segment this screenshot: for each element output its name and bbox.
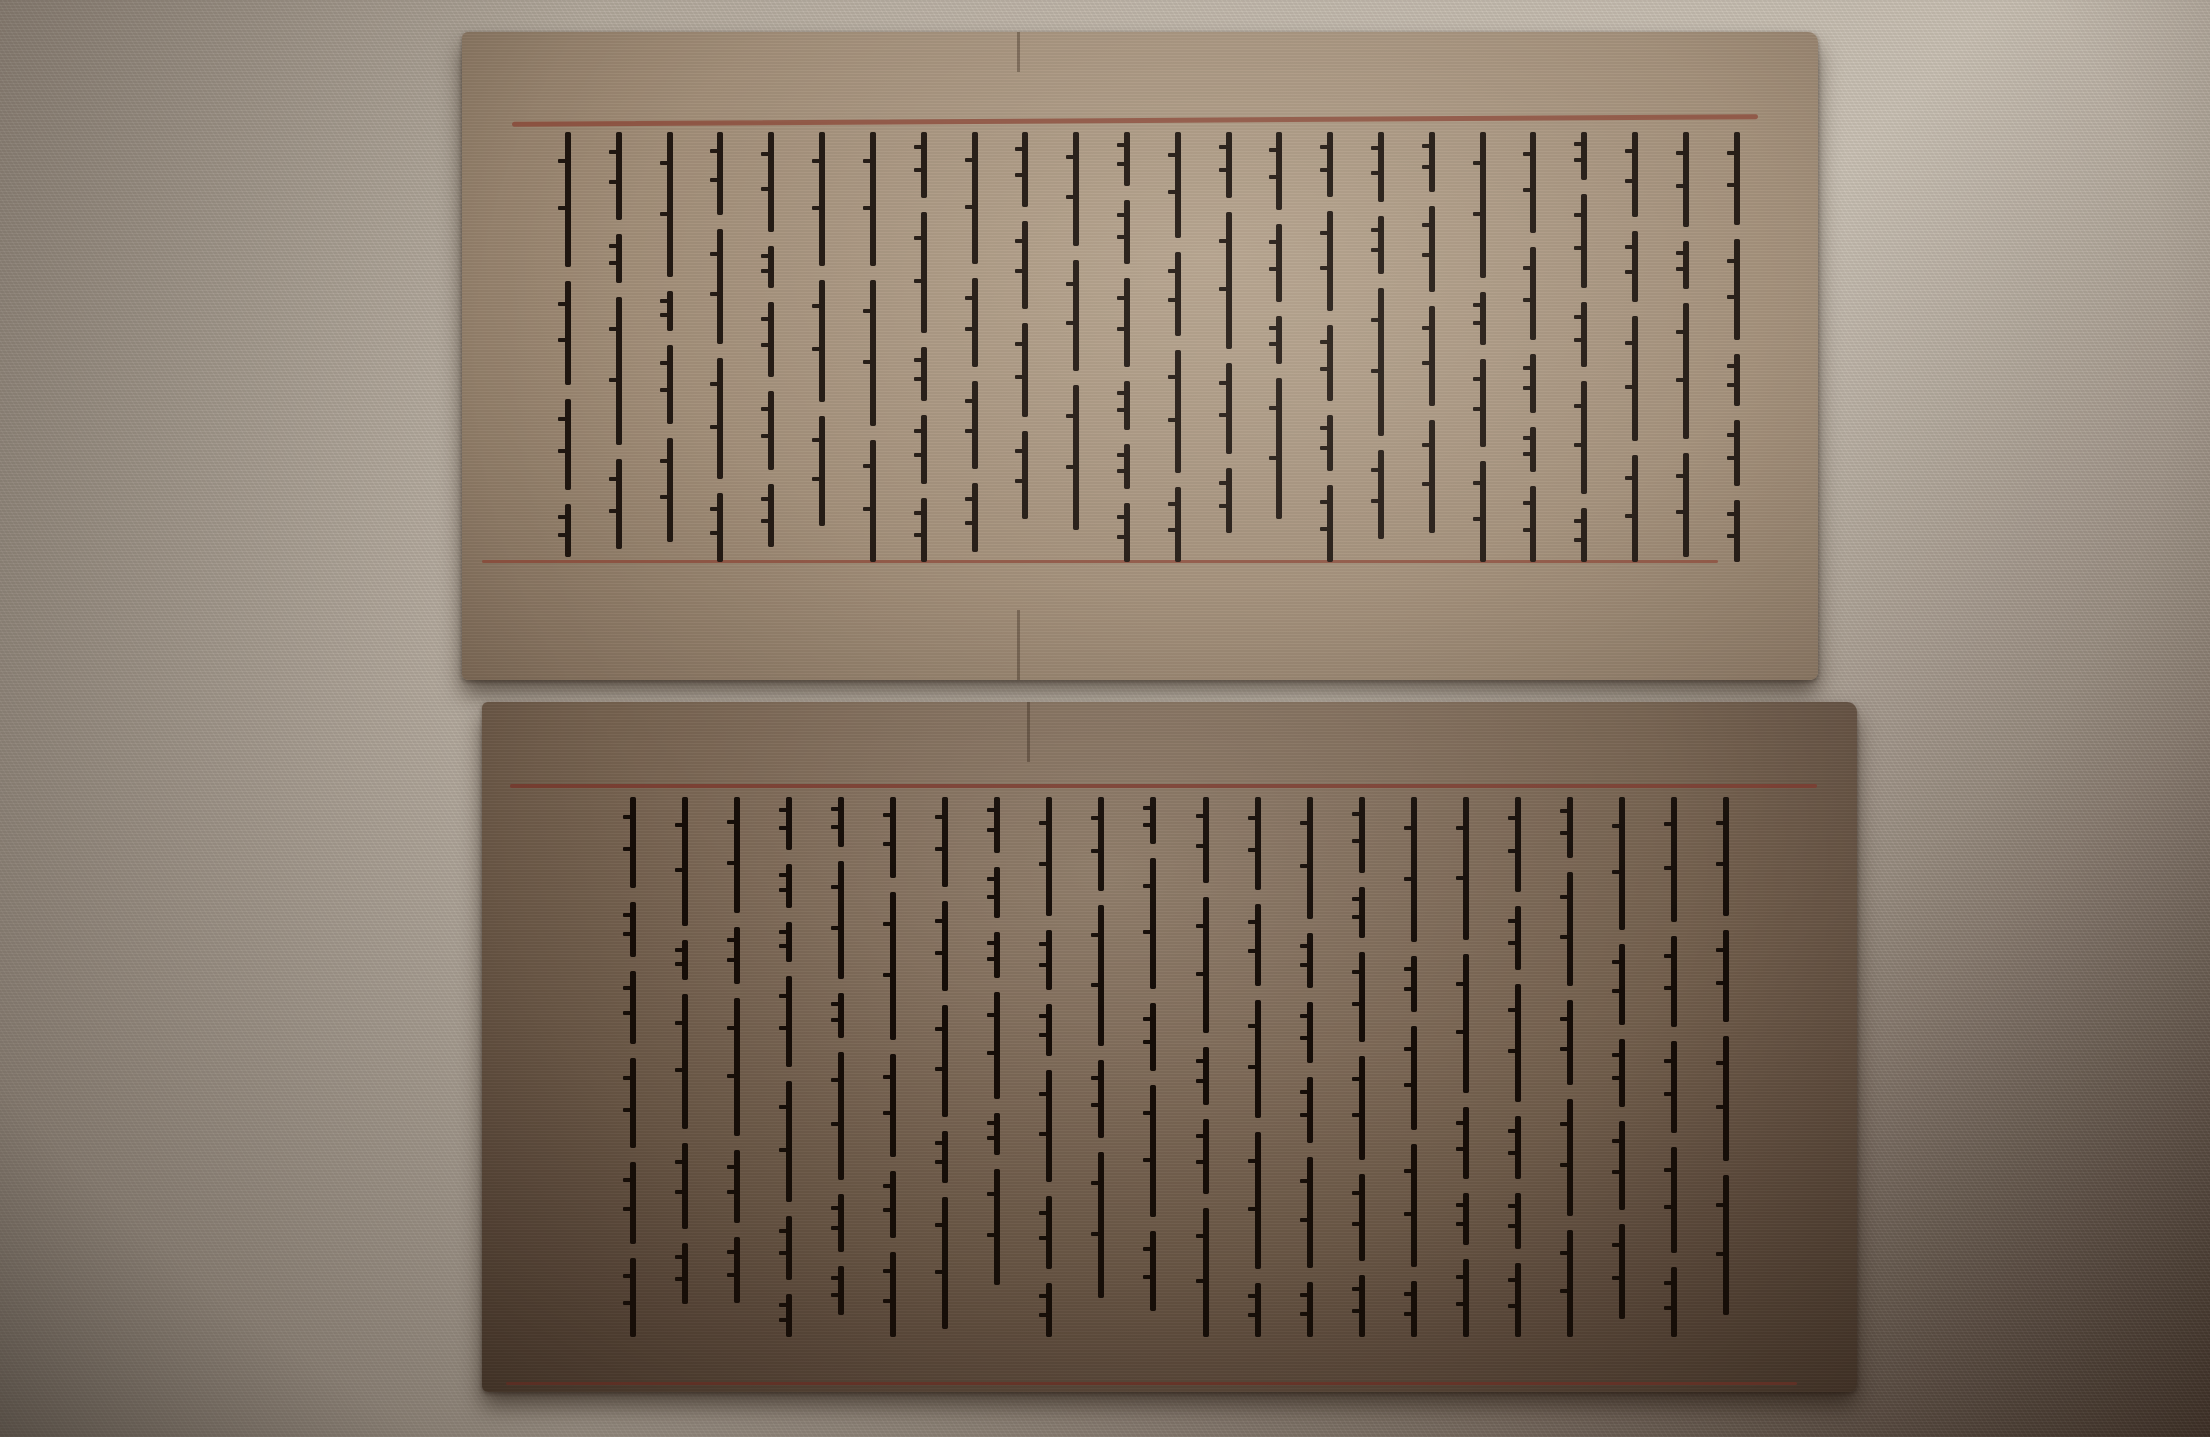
script-word — [1378, 132, 1384, 202]
script-word — [1463, 797, 1469, 940]
script-column — [913, 132, 935, 562]
script-word — [1124, 200, 1130, 264]
script-word — [630, 971, 636, 1044]
script-word — [1203, 797, 1209, 883]
script-column — [760, 132, 782, 562]
script-word — [838, 1266, 844, 1315]
script-word — [1124, 132, 1130, 186]
red-rule-line-bottom — [506, 1382, 1797, 1385]
script-word — [819, 416, 825, 526]
script-column — [1351, 797, 1373, 1337]
script-word — [1480, 359, 1486, 447]
script-word — [921, 415, 927, 484]
script-word — [768, 246, 774, 288]
script-word — [1411, 956, 1417, 1012]
script-column — [709, 132, 731, 562]
script-word — [1463, 954, 1469, 1093]
script-column — [1624, 132, 1646, 562]
script-word — [1463, 1193, 1469, 1245]
script-word — [1632, 316, 1638, 441]
script-word — [1203, 897, 1209, 1033]
script-word — [1515, 1116, 1521, 1179]
script-column — [1195, 797, 1217, 1337]
script-word — [1723, 930, 1729, 1022]
script-word — [1632, 132, 1638, 217]
script-word — [1632, 455, 1638, 562]
script-word — [942, 1197, 948, 1329]
script-word — [1530, 354, 1536, 413]
script-word — [994, 1113, 1000, 1155]
script-column — [1167, 132, 1189, 562]
script-word — [1175, 487, 1181, 562]
script-word — [786, 922, 792, 962]
script-word — [942, 901, 948, 991]
script-word — [1359, 1275, 1365, 1337]
script-column — [811, 132, 833, 562]
script-word — [565, 281, 571, 385]
script-column — [1715, 797, 1737, 1337]
script-word — [1411, 1026, 1417, 1130]
red-rule-line-top — [512, 114, 1758, 127]
script-word — [1619, 1224, 1625, 1319]
script-word — [630, 902, 636, 957]
script-word — [630, 1162, 636, 1244]
script-word — [1124, 444, 1130, 489]
script-word — [1515, 906, 1521, 970]
script-column — [882, 797, 904, 1337]
script-word — [667, 291, 673, 331]
script-word — [1530, 486, 1536, 562]
manuscript-leaf-top — [462, 32, 1818, 680]
script-word — [1046, 1070, 1052, 1182]
script-word — [870, 132, 876, 266]
script-word — [1124, 503, 1130, 562]
script-word — [1734, 420, 1740, 486]
paper-tear — [1017, 610, 1020, 680]
script-word — [1046, 1004, 1052, 1056]
script-word — [994, 797, 1000, 853]
script-column — [1065, 132, 1087, 562]
script-column — [1299, 797, 1321, 1337]
script-word — [1046, 930, 1052, 990]
script-column — [1675, 132, 1697, 562]
script-word — [768, 132, 774, 232]
script-word — [838, 1194, 844, 1252]
script-word — [994, 932, 1000, 978]
script-word — [1734, 239, 1740, 340]
script-word — [1022, 132, 1028, 207]
script-word — [1671, 797, 1677, 922]
script-column — [778, 797, 800, 1337]
script-word — [1276, 316, 1282, 364]
script-column — [1142, 797, 1164, 1337]
script-word — [1203, 1208, 1209, 1337]
script-word — [1619, 797, 1625, 930]
script-word — [734, 927, 740, 984]
script-word — [1530, 427, 1536, 472]
script-word — [616, 132, 622, 220]
script-word — [565, 504, 571, 557]
script-word — [1515, 1263, 1521, 1337]
script-word — [1359, 952, 1365, 1042]
script-word — [1175, 132, 1181, 238]
script-word — [1073, 385, 1079, 530]
script-word — [1307, 933, 1313, 988]
script-word — [616, 297, 622, 445]
script-word — [1429, 420, 1435, 533]
script-word — [1671, 1147, 1677, 1253]
script-column — [557, 132, 579, 562]
script-column — [674, 797, 696, 1337]
script-column — [1370, 132, 1392, 562]
script-word — [1683, 241, 1689, 289]
script-column — [1247, 797, 1269, 1337]
script-word — [1734, 132, 1740, 225]
script-word — [1046, 1196, 1052, 1269]
script-word — [890, 797, 896, 878]
script-word — [819, 132, 825, 266]
script-word — [1359, 887, 1365, 938]
script-word — [1022, 221, 1028, 309]
script-word — [1022, 431, 1028, 519]
script-column — [1663, 797, 1685, 1337]
script-word — [1327, 132, 1333, 197]
script-word — [734, 998, 740, 1136]
script-word — [1619, 1039, 1625, 1107]
script-word — [1480, 292, 1486, 345]
script-column — [1116, 132, 1138, 562]
script-word — [1098, 1060, 1104, 1138]
script-word — [1327, 325, 1333, 401]
script-word — [1480, 461, 1486, 562]
script-word — [1378, 216, 1384, 274]
script-word — [1226, 363, 1232, 454]
script-word — [682, 994, 688, 1129]
script-column — [1038, 797, 1060, 1337]
script-word — [1671, 1267, 1677, 1337]
script-column — [726, 797, 748, 1337]
script-word — [921, 347, 927, 401]
script-column — [1319, 132, 1341, 562]
script-word — [717, 132, 723, 215]
script-word — [972, 381, 978, 469]
script-word — [667, 438, 673, 542]
script-column — [1573, 132, 1595, 562]
script-word — [942, 1131, 948, 1183]
script-column — [830, 797, 852, 1337]
script-word — [890, 1054, 896, 1157]
script-word — [1276, 224, 1282, 302]
script-column — [1218, 132, 1240, 562]
script-word — [734, 1237, 740, 1303]
paper-tear — [1027, 702, 1030, 762]
script-word — [630, 1058, 636, 1148]
script-word — [1255, 1283, 1261, 1337]
script-column — [1403, 797, 1425, 1337]
script-column — [1455, 797, 1477, 1337]
script-word — [1098, 1152, 1104, 1298]
script-word — [1098, 905, 1104, 1046]
script-word — [717, 493, 723, 562]
script-word — [682, 940, 688, 980]
script-columns — [622, 797, 1737, 1337]
script-word — [786, 1294, 792, 1337]
script-word — [768, 391, 774, 470]
script-word — [786, 797, 792, 850]
script-column — [1611, 797, 1633, 1337]
script-column — [1522, 132, 1544, 562]
script-column — [1268, 132, 1290, 562]
script-word — [616, 234, 622, 283]
script-word — [1632, 231, 1638, 302]
script-word — [1307, 1002, 1313, 1063]
script-word — [1480, 132, 1486, 278]
script-word — [1683, 303, 1689, 439]
script-word — [1515, 984, 1521, 1102]
script-word — [921, 212, 927, 333]
script-word — [1150, 1003, 1156, 1071]
script-word — [1255, 797, 1261, 890]
script-word — [942, 797, 948, 887]
script-word — [1378, 450, 1384, 539]
script-word — [1203, 1119, 1209, 1194]
script-word — [972, 483, 978, 552]
script-word — [1515, 797, 1521, 892]
script-word — [1124, 381, 1130, 430]
script-word — [786, 976, 792, 1067]
script-column — [1014, 132, 1036, 562]
script-word — [1671, 936, 1677, 1027]
script-word — [1150, 797, 1156, 844]
script-column — [964, 132, 986, 562]
script-word — [1619, 944, 1625, 1025]
script-word — [717, 358, 723, 479]
script-column — [986, 797, 1008, 1337]
script-column — [1421, 132, 1443, 562]
script-word — [1307, 797, 1313, 919]
script-word — [1429, 132, 1435, 192]
script-word — [994, 992, 1000, 1099]
script-word — [1327, 415, 1333, 471]
script-word — [1226, 132, 1232, 198]
script-word — [890, 892, 896, 1040]
script-word — [1567, 797, 1573, 858]
script-word — [1734, 500, 1740, 562]
script-word — [1567, 1230, 1573, 1337]
script-word — [682, 797, 688, 926]
script-word — [1203, 1047, 1209, 1105]
script-word — [972, 278, 978, 367]
script-word — [768, 302, 774, 377]
script-word — [890, 1171, 896, 1238]
script-word — [1723, 1175, 1729, 1315]
script-word — [1327, 211, 1333, 311]
script-word — [1276, 132, 1282, 210]
script-word — [1307, 1157, 1313, 1268]
script-word — [1463, 1107, 1469, 1179]
script-word — [630, 1258, 636, 1337]
script-word — [1671, 1041, 1677, 1133]
script-word — [819, 280, 825, 402]
script-word — [1255, 1000, 1261, 1118]
script-word — [921, 132, 927, 198]
script-column — [1472, 132, 1494, 562]
script-column — [934, 797, 956, 1337]
script-column — [862, 132, 884, 562]
script-word — [890, 1252, 896, 1337]
script-word — [1307, 1282, 1313, 1337]
script-column — [1507, 797, 1529, 1337]
script-word — [1073, 132, 1079, 246]
manuscript-leaf-bottom — [482, 702, 1857, 1392]
script-word — [1683, 453, 1689, 557]
script-word — [1046, 797, 1052, 916]
script-word — [1429, 306, 1435, 406]
script-word — [1022, 323, 1028, 417]
script-word — [1567, 872, 1573, 986]
script-word — [1429, 206, 1435, 292]
script-word — [1359, 1174, 1365, 1261]
script-word — [1567, 1099, 1573, 1216]
script-word — [1723, 1036, 1729, 1161]
script-word — [565, 132, 571, 267]
script-word — [786, 864, 792, 908]
script-word — [1411, 1144, 1417, 1267]
script-word — [1098, 797, 1104, 891]
script-columns — [557, 132, 1748, 562]
script-word — [1683, 132, 1689, 227]
script-word — [1359, 797, 1365, 873]
script-word — [1581, 381, 1587, 494]
script-word — [1359, 1056, 1365, 1160]
script-word — [1463, 1259, 1469, 1337]
script-word — [1175, 350, 1181, 473]
script-word — [717, 229, 723, 344]
script-column — [622, 797, 644, 1337]
script-word — [1226, 212, 1232, 349]
script-column — [1090, 797, 1112, 1337]
script-word — [1411, 797, 1417, 942]
script-word — [1581, 508, 1587, 562]
script-word — [1581, 194, 1587, 288]
script-word — [616, 459, 622, 549]
script-word — [1276, 378, 1282, 519]
script-word — [1723, 797, 1729, 916]
script-word — [838, 861, 844, 979]
script-word — [838, 797, 844, 847]
script-word — [870, 280, 876, 426]
script-word — [994, 1169, 1000, 1285]
script-word — [734, 797, 740, 913]
script-word — [870, 440, 876, 562]
script-word — [994, 867, 1000, 918]
script-word — [768, 484, 774, 547]
script-word — [1150, 1231, 1156, 1311]
script-word — [1307, 1077, 1313, 1143]
script-word — [1150, 1085, 1156, 1217]
script-word — [838, 1052, 844, 1180]
script-word — [1255, 904, 1261, 986]
script-word — [1327, 485, 1333, 562]
script-word — [786, 1081, 792, 1202]
script-column — [1559, 797, 1581, 1337]
script-word — [786, 1216, 792, 1280]
script-word — [921, 498, 927, 562]
script-word — [1411, 1281, 1417, 1337]
script-word — [1255, 1132, 1261, 1269]
script-word — [1124, 278, 1130, 367]
red-rule-line-top — [510, 784, 1817, 788]
script-word — [1567, 1000, 1573, 1085]
script-column — [1726, 132, 1748, 562]
script-word — [1619, 1121, 1625, 1210]
script-word — [1530, 132, 1536, 233]
script-word — [1046, 1283, 1052, 1337]
script-word — [1175, 252, 1181, 336]
script-word — [682, 1143, 688, 1229]
script-word — [734, 1150, 740, 1223]
script-word — [1581, 132, 1587, 180]
script-word — [972, 132, 978, 264]
script-word — [838, 993, 844, 1038]
script-word — [1073, 260, 1079, 371]
script-word — [1734, 354, 1740, 406]
script-word — [1378, 288, 1384, 436]
script-word — [1150, 858, 1156, 989]
script-word — [1515, 1193, 1521, 1249]
script-word — [1581, 302, 1587, 367]
script-word — [682, 1243, 688, 1304]
script-word — [1226, 468, 1232, 533]
paper-tear — [1017, 32, 1020, 72]
script-word — [1530, 247, 1536, 340]
script-word — [667, 345, 673, 424]
script-word — [630, 797, 636, 888]
script-word — [565, 399, 571, 490]
script-word — [942, 1005, 948, 1117]
script-word — [667, 132, 673, 277]
script-column — [608, 132, 630, 562]
script-column — [659, 132, 681, 562]
